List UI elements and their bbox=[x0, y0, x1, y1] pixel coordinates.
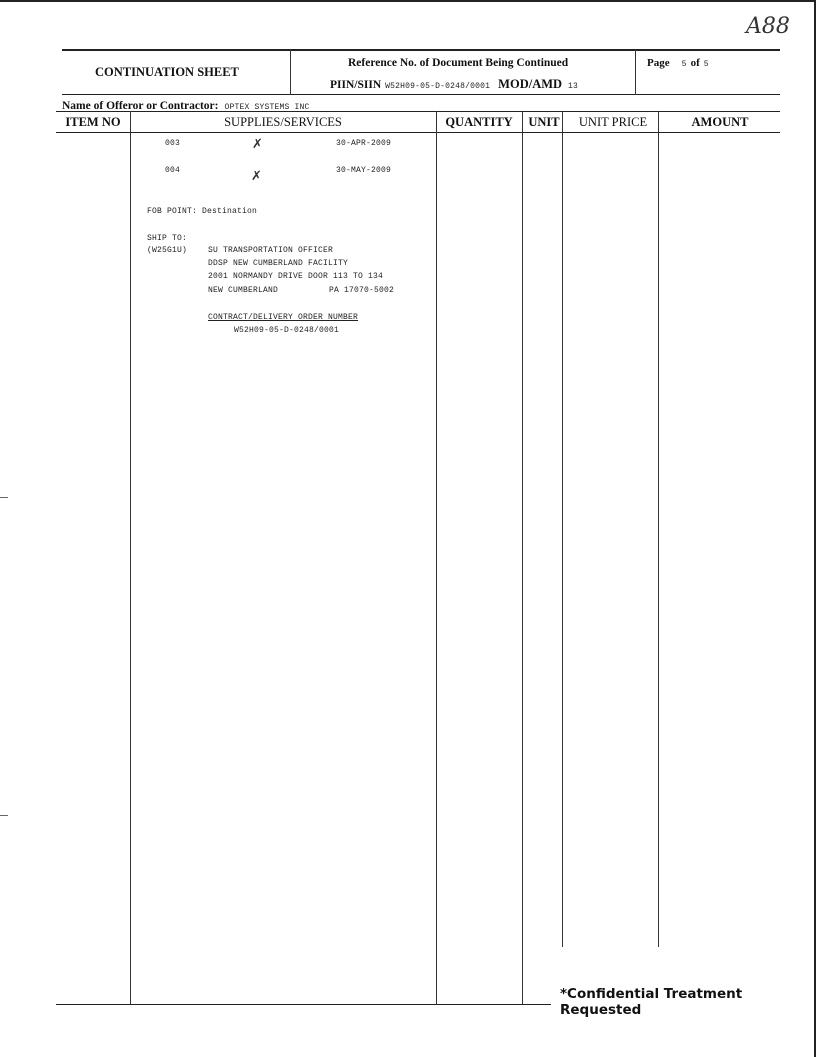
piin-label: PIIN/SIIN bbox=[330, 79, 381, 91]
ship-to-label: SHIP TO: bbox=[147, 234, 187, 243]
page-border-top bbox=[0, 0, 816, 2]
delivery-date: 30-MAY-2009 bbox=[336, 166, 391, 175]
col-item-no: ITEM NO bbox=[56, 115, 130, 130]
col-supplies: SUPPLIES/SERVICES bbox=[130, 115, 436, 130]
col-amount: AMOUNT bbox=[660, 115, 780, 130]
delivery-line: 003 bbox=[165, 139, 180, 148]
redaction-mark-icon: ✗ bbox=[251, 168, 262, 184]
col-unit-price: UNIT PRICE bbox=[566, 115, 660, 130]
margin-tick bbox=[0, 497, 8, 498]
ship-to-address-line: DDSP NEW CUMBERLAND FACILITY bbox=[208, 259, 348, 268]
page-of: of bbox=[691, 57, 700, 69]
delivery-date: 30-APR-2009 bbox=[336, 139, 391, 148]
header-bottom-rule bbox=[62, 94, 780, 95]
page-current: 5 bbox=[682, 60, 687, 69]
delivery-line: 004 bbox=[165, 166, 180, 175]
col-line-4 bbox=[562, 111, 563, 947]
table-header-bottom-rule bbox=[56, 132, 780, 133]
page-total: 5 bbox=[704, 60, 709, 69]
col-line-2 bbox=[436, 111, 437, 1005]
redaction-mark-icon: ✗ bbox=[252, 136, 263, 152]
ship-to-address-line: SU TRANSPORTATION OFFICER bbox=[208, 246, 333, 255]
reference-label: Reference No. of Document Being Continue… bbox=[348, 57, 568, 69]
header-divider-2 bbox=[635, 49, 636, 95]
mod-value: 13 bbox=[568, 82, 578, 91]
table-bottom-rule bbox=[56, 1004, 551, 1005]
table-header-top-rule bbox=[56, 111, 780, 112]
ship-to-code: (W25G1U) bbox=[147, 246, 187, 255]
piin-row: PIIN/SIIN W52H09-05-D-0248/0001 MOD/AMD … bbox=[330, 75, 578, 93]
col-line-3 bbox=[522, 111, 523, 1005]
col-quantity: QUANTITY bbox=[436, 115, 522, 130]
ship-to-address-line: 2001 NORMANDY DRIVE DOOR 113 TO 134 bbox=[208, 272, 383, 281]
sheet-title: CONTINUATION SHEET bbox=[95, 65, 239, 80]
margin-tick bbox=[0, 815, 8, 816]
confidential-notice: *Confidential Treatment Requested bbox=[560, 986, 816, 1018]
mod-label: MOD/AMD bbox=[498, 77, 562, 91]
page-label: Page bbox=[647, 57, 670, 69]
page-indicator: Page 5 of 5 bbox=[647, 53, 709, 71]
piin-value: W52H09-05-D-0248/0001 bbox=[385, 82, 490, 91]
fob-point: FOB POINT: Destination bbox=[147, 207, 257, 216]
order-number: W52H09-05-D-0248/0001 bbox=[234, 326, 339, 335]
handwritten-annotation: A88 bbox=[746, 14, 790, 39]
ship-to-city: NEW CUMBERLAND bbox=[208, 286, 278, 295]
col-unit: UNIT bbox=[522, 115, 566, 130]
header-divider-1 bbox=[290, 49, 291, 95]
header-top-rule bbox=[62, 49, 780, 51]
ship-to-state-zip: PA 17070-5002 bbox=[329, 286, 394, 295]
col-line-1 bbox=[130, 111, 131, 1005]
col-line-5 bbox=[658, 111, 659, 947]
order-label: CONTRACT/DELIVERY ORDER NUMBER bbox=[208, 313, 358, 322]
